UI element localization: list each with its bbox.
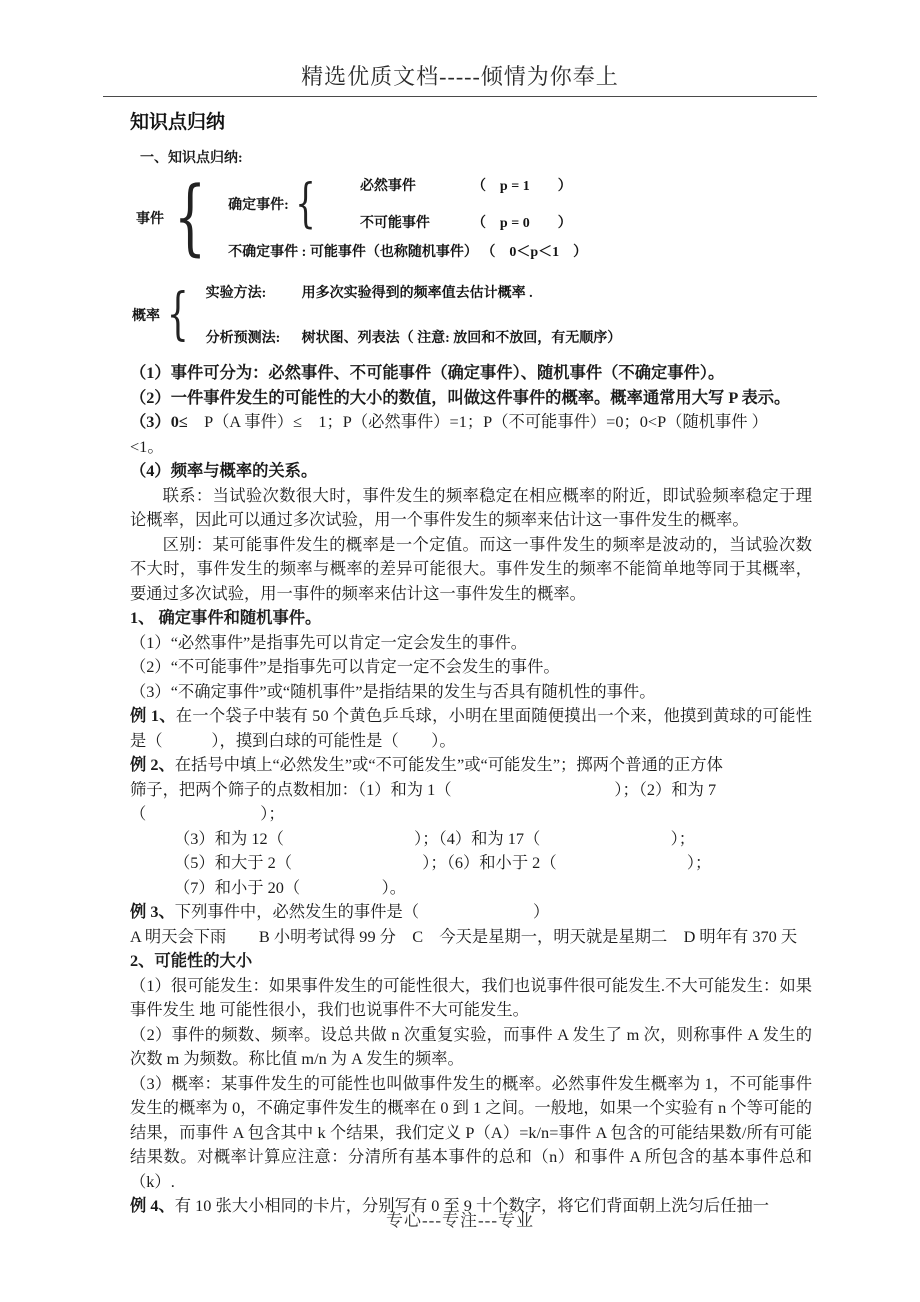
point-3-line-2: <1。 bbox=[130, 435, 812, 460]
event-classification-diagram: 事件 { 确定事件: { 必然事件 （ p = 1 ） 不可能事件 （ p = … bbox=[136, 175, 812, 261]
point-3-body: P（A 事件）≤ 1；P（必然事件）=1；P（不可能事件）=0；0<P（随机事件… bbox=[188, 412, 768, 431]
event-root-label: 事件 bbox=[136, 208, 164, 228]
sec2-item-1: （1）很可能发生：如果事件发生的可能性很大，我们也说事件很可能发生.不大可能发生… bbox=[130, 974, 812, 1023]
point-2: （2）一件事件发生的可能性的大小的数值，叫做这件事件的概率。概率通常用大写 P … bbox=[130, 386, 812, 411]
example-3-options: A 明天会下雨 B 小明考试得 99 分 C 今天是星期一，明天就是星期二 D … bbox=[130, 925, 812, 950]
certain-label: 确定事件: bbox=[228, 194, 289, 214]
experiment-method-label: 实验方法: bbox=[206, 282, 302, 302]
example-2-sub-1: （3）和为 12（ ）；（4）和为 17（ ）； bbox=[130, 827, 812, 852]
document-body: 知识点归纳 一、知识点归纳: 事件 { 确定事件: { 必然事件 （ p = 1… bbox=[130, 107, 812, 1219]
outline-heading: 一、知识点归纳: bbox=[140, 147, 812, 167]
point-4: （4）频率与概率的关系。 bbox=[130, 459, 812, 484]
example-2-line-2: 筛子，把两个筛子的点数相加：（1）和为 1（ ）；（2）和为 7 bbox=[130, 778, 812, 803]
example-2-label: 例 2、 bbox=[130, 755, 175, 774]
sec1-item-2: （2）“不可能事件”是指事先可以肯定一定不会发生的事件。 bbox=[130, 655, 812, 680]
sec1-item-3: （3）“不确定事件”或“随机事件”是指结果的发生与否具有随机性的事件。 bbox=[130, 680, 812, 705]
event-branches: 确定事件: { 必然事件 （ p = 1 ） 不可能事件 （ p = 0 ） 不… bbox=[228, 175, 587, 261]
main-text: （1）事件可分为：必然事件、不可能事件（确定事件）、随机事件（不确定事件）。 （… bbox=[130, 361, 812, 1219]
page-header: 精选优质文档-----倾情为你奉上 bbox=[0, 60, 920, 91]
example-2-line-1: 例 2、在括号中填上“必然发生”或“不可能发生”或“可能发生”；掷两个普通的正方… bbox=[130, 753, 812, 778]
page-footer: 专心---专注---专业 bbox=[0, 1206, 920, 1231]
example-2-sub-3: （7）和小于 20（ ）。 bbox=[130, 876, 812, 901]
inevitable-label: 必然事件 bbox=[360, 175, 472, 195]
impossible-label: 不可能事件 bbox=[360, 212, 472, 232]
header-rule bbox=[103, 96, 817, 97]
document-page: 精选优质文档-----倾情为你奉上 知识点归纳 一、知识点归纳: 事件 { 确定… bbox=[0, 0, 920, 1302]
inevitable-leaf: 必然事件 （ p = 1 ） bbox=[360, 175, 572, 195]
sec1-item-1: （1）“必然事件”是指事先可以肯定一定会发生的事件。 bbox=[130, 631, 812, 656]
analysis-method-text: 树状图、列表法（ 注意: 放回和不放回，有无顺序） bbox=[302, 327, 622, 347]
example-1-label: 例 1、 bbox=[130, 706, 176, 725]
example-2-text-1: 在括号中填上“必然发生”或“不可能发生”或“可能发生”；掷两个普通的正方体 bbox=[175, 755, 723, 774]
example-1-text: 在一个袋子中装有 50 个黄色乒乓球，小明在里面随便摸出一个来，他摸到黄球的可能… bbox=[130, 706, 812, 750]
sec2-item-2: （2）事件的频数、频率。设总共做 n 次重复实验，而事件 A 发生了 m 次，则… bbox=[130, 1023, 812, 1072]
example-1: 例 1、在一个袋子中装有 50 个黄色乒乓球，小明在里面随便摸出一个来，他摸到黄… bbox=[130, 704, 812, 753]
prob-root-label: 概率 bbox=[132, 305, 160, 325]
example-3-label: 例 3、 bbox=[130, 902, 175, 921]
sec2-item-3: （3）概率：某事件发生的可能性也叫做事件发生的概率。必然事件发生概率为 1，不可… bbox=[130, 1072, 812, 1195]
relation-diff-para: 区别：某可能事件发生的概率是一个定值。而这一事件发生的频率是波动的，当试验次数不… bbox=[130, 533, 812, 607]
example-2-sub-2: （5）和大于 2（ ）；（6）和小于 2（ ）； bbox=[130, 851, 812, 876]
example-3: 例 3、下列事件中，必然发生的事件是（ ） bbox=[130, 900, 812, 925]
example-3-text: 下列事件中，必然发生的事件是（ ） bbox=[175, 902, 549, 921]
experiment-method-row: 实验方法: 用多次实验得到的频率值去估计概率 . bbox=[206, 282, 622, 302]
probability-methods-diagram: 概率 { 实验方法: 用多次实验得到的频率值去估计概率 . 分析预测法: 树状图… bbox=[132, 282, 812, 347]
inner-brace: { bbox=[295, 176, 316, 232]
impossible-leaf: 不可能事件 （ p = 0 ） bbox=[360, 212, 572, 232]
prob-brace: { bbox=[167, 285, 189, 345]
experiment-method-text: 用多次实验得到的频率值去估计概率 . bbox=[302, 282, 533, 302]
certain-branch: 确定事件: { 必然事件 （ p = 1 ） 不可能事件 （ p = 0 ） bbox=[228, 175, 587, 232]
analysis-method-row: 分析预测法: 树状图、列表法（ 注意: 放回和不放回，有无顺序） bbox=[206, 327, 622, 347]
relation-link-para: 联系：当试验次数很大时，事件发生的频率稳定在相应概率的附近，即试验频率稳定于理论… bbox=[130, 484, 812, 533]
analysis-method-label: 分析预测法: bbox=[206, 327, 302, 347]
point-3-prefix: （3）0≤ bbox=[130, 412, 188, 431]
point-3-line-1: （3）0≤ P（A 事件）≤ 1；P（必然事件）=1；P（不可能事件）=0；0<… bbox=[130, 410, 812, 435]
outer-brace: { bbox=[174, 175, 206, 261]
doc-title: 知识点归纳 bbox=[130, 107, 812, 134]
impossible-probability: （ p = 0 ） bbox=[472, 212, 572, 232]
prob-branches: 实验方法: 用多次实验得到的频率值去估计概率 . 分析预测法: 树状图、列表法（… bbox=[206, 282, 622, 347]
certain-leaves: 必然事件 （ p = 1 ） 不可能事件 （ p = 0 ） bbox=[330, 175, 572, 232]
example-2-line-3: （ ）； bbox=[130, 802, 812, 827]
section-1-heading: 1、 确定事件和随机事件。 bbox=[130, 606, 812, 631]
inevitable-probability: （ p = 1 ） bbox=[472, 175, 572, 195]
point-1: （1）事件可分为：必然事件、不可能事件（确定事件）、随机事件（不确定事件）。 bbox=[130, 361, 812, 386]
section-2-heading: 2、可能性的大小 bbox=[130, 949, 812, 974]
uncertain-branch: 不确定事件 : 可能事件（也称随机事件） （ 0＜p＜1 ） bbox=[228, 241, 587, 261]
